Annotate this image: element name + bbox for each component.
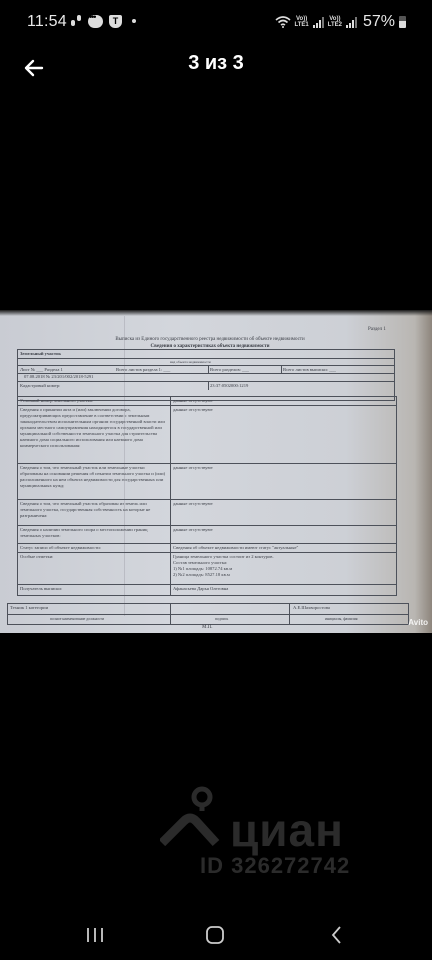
sim2-lte-icon: Vo))LTE2 [328, 16, 342, 28]
cian-watermark: циан ID 326272742 [160, 785, 400, 885]
position-caption: полное наименование должности [48, 615, 106, 623]
row-label: Сведения о том, что земельный участок об… [18, 500, 168, 524]
document-photo[interactable]: Раздел 1 Выписка из Единого государствен… [0, 310, 432, 633]
row-label: Сведения о том, что земельный участок ил… [18, 464, 168, 498]
photo-shadow [0, 310, 432, 316]
cadastral-label: Кадастровый номер: [18, 382, 62, 390]
sim2-signal-icon [346, 17, 357, 28]
section-label: Раздел 1 [368, 327, 386, 332]
t-app-icon: T [109, 15, 122, 28]
document-heading: Выписка из Единого государственного реес… [100, 337, 320, 342]
sim1-signal-icon [313, 17, 324, 28]
steps-icon [70, 14, 82, 28]
notification-icons: T [70, 14, 136, 28]
header-table: Земельный участок вид объекта недвижимос… [17, 349, 395, 401]
row-value: данные отсутствуют [171, 397, 215, 405]
signer-name: А.Е.Шахворостова [291, 604, 332, 612]
home-button[interactable] [200, 922, 230, 948]
row-value: данные отсутствуют [171, 406, 215, 414]
name-caption: инициалы, фамилия [323, 615, 359, 623]
clock: 11:54 [27, 13, 67, 31]
listing-id: ID 326272742 [200, 853, 350, 879]
battery-icon [399, 16, 406, 28]
image-counter-title: 3 из 3 [0, 52, 432, 75]
message-icon [88, 15, 103, 28]
system-icons: Vo))LTE1 Vo))LTE2 57% [275, 13, 407, 31]
date-and-number: 07.08.2018 № 23/201/002/2018-5291 [22, 373, 95, 381]
chevron-left-icon [322, 922, 352, 948]
row-value: данные отсутствуют [171, 464, 215, 472]
recent-apps-button[interactable] [80, 922, 110, 948]
cian-logo-icon [160, 785, 220, 855]
cian-brand-text: циан [230, 803, 344, 857]
row-label: Условный номер земельного участка: [18, 397, 168, 405]
row-label: Получатель выписки: [18, 585, 168, 593]
row-label: Сведения о наличии земельного спора о ме… [18, 526, 168, 542]
stamp-place: М.П. [200, 624, 215, 631]
cadastral-number: 23:37:0502000:1219 [208, 382, 250, 390]
signature-caption: подпись [213, 615, 230, 623]
special-notes-value: Граница земельного участка состоит из 2 … [171, 553, 276, 579]
row-value: Сведения об объекте недвижимости имеют с… [171, 544, 300, 552]
wifi-icon [275, 16, 291, 28]
status-bar: 11:54 T Vo))LTE1 Vo))LTE2 57% [0, 0, 432, 46]
viewer-header: 3 из 3 [0, 46, 432, 90]
home-icon [200, 922, 230, 948]
battery-percent: 57% [363, 13, 395, 31]
row-value: данные отсутствуют [171, 500, 215, 508]
row-value: Афанасьева Дарья Олеговна [171, 585, 230, 593]
recent-apps-icon [80, 922, 110, 948]
sim1-lte-icon: Vo))LTE1 [295, 16, 309, 28]
signature-table: Техник 1 категории А.Е.Шахворостова полн… [7, 603, 409, 625]
characteristics-table: Условный номер земельного участка: данны… [17, 396, 397, 596]
nav-back-button[interactable] [322, 922, 352, 948]
row-label: Статус записи об объекте недвижимости: [18, 544, 168, 552]
document-paper: Раздел 1 Выписка из Единого государствен… [0, 310, 414, 633]
row-label: Особые отметки: [18, 553, 168, 561]
row-label: Сведения о принятии акта и (или) заключе… [18, 406, 168, 462]
avito-watermark: Avito [408, 618, 428, 627]
object-type: Земельный участок [18, 350, 63, 358]
signer-position: Техник 1 категории [8, 604, 50, 612]
note-line: 2) №2 площадь: 8527.18 кв.м [173, 572, 274, 578]
more-notifications-dot-icon [132, 19, 136, 23]
system-nav-bar [0, 910, 432, 960]
row-value: данные отсутствуют [171, 526, 215, 534]
